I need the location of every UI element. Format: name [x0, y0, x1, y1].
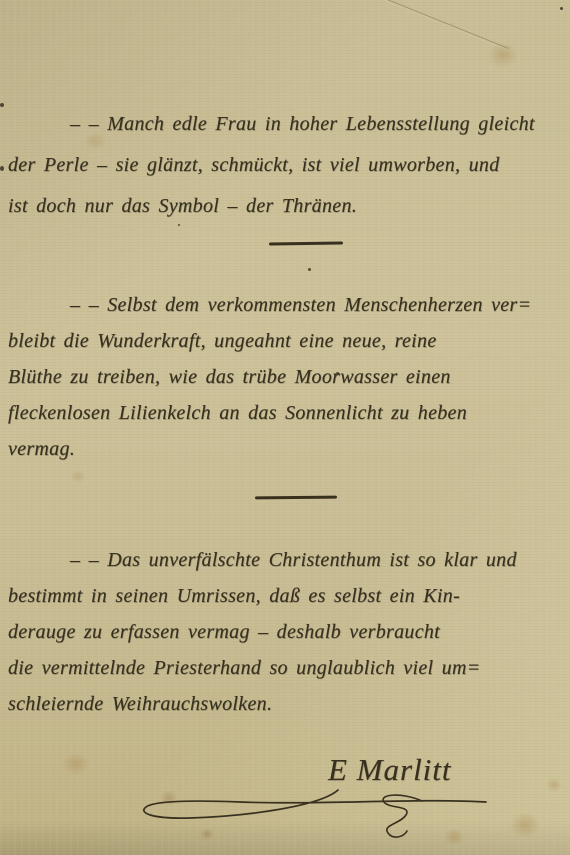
ink-speck	[560, 7, 563, 10]
section-divider-1	[269, 241, 343, 245]
handwritten-line: die vermittelnde Priesterhand so unglaub…	[8, 650, 570, 686]
handwritten-line: bleibt die Wunderkraft, ungeahnt eine ne…	[8, 323, 570, 359]
handwritten-line: schleiernde Weihrauchswolken.	[8, 686, 570, 722]
handwritten-line: – – Das unverfälschte Christenthum ist s…	[8, 542, 570, 578]
paper-crease	[360, 0, 509, 49]
paragraph-3: – – Das unverfälschte Christenthum ist s…	[8, 542, 570, 722]
signature-name: E Marlitt	[328, 752, 452, 788]
handwritten-line: bestimmt in seinen Umrissen, daß es selb…	[8, 578, 570, 614]
paragraph-1: – – Manch edle Frau in hoher Lebensstell…	[8, 104, 570, 227]
signature: E Marlitt	[130, 748, 510, 843]
handwritten-line: fleckenlosen Lilienkelch an das Sonnenli…	[8, 395, 570, 431]
paper-stain	[510, 812, 540, 838]
ink-speck	[0, 103, 4, 107]
paper-stain	[546, 778, 562, 792]
ink-speck	[308, 268, 311, 271]
handwritten-line: vermag.	[8, 431, 570, 467]
handwritten-line: ist doch nur das Symbol – der Thränen.	[8, 186, 570, 227]
handwritten-line: derauge zu erfassen vermag – deshalb ver…	[8, 614, 570, 650]
signature-flourish-icon	[130, 788, 500, 843]
manuscript-page: – – Manch edle Frau in hoher Lebensstell…	[0, 0, 570, 855]
handwritten-line: – – Manch edle Frau in hoher Lebensstell…	[8, 104, 570, 145]
paragraph-2: – – Selbst dem verkommensten Menschenher…	[8, 287, 570, 467]
handwritten-line: der Perle – sie glänzt, schmückt, ist vi…	[8, 145, 570, 186]
paper-stain	[70, 470, 86, 483]
handwritten-line: – – Selbst dem verkommensten Menschenher…	[8, 287, 570, 323]
section-divider-2	[255, 496, 337, 500]
handwritten-line: Blüthe zu treiben, wie das trübe Moorwas…	[8, 359, 570, 395]
ink-speck	[0, 166, 4, 171]
paper-stain	[62, 752, 90, 776]
